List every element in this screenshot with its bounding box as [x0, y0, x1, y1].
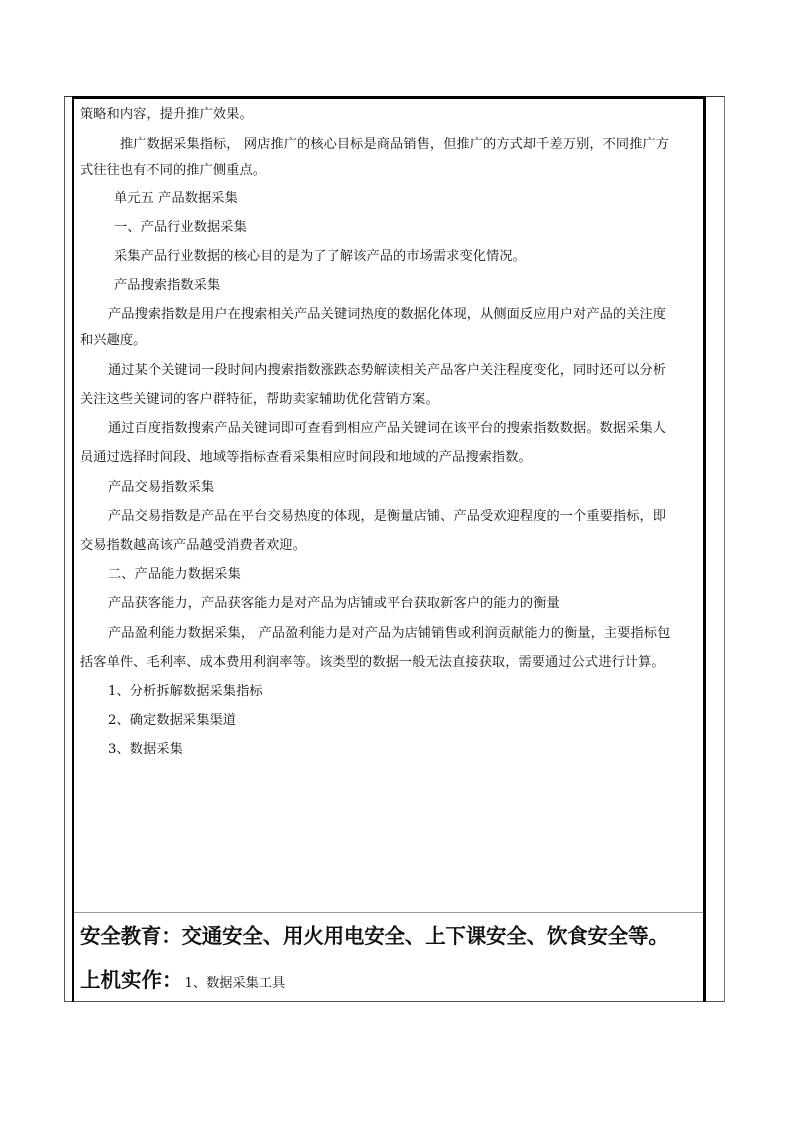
practice-value: 1、数据采集工具 — [185, 976, 286, 991]
paragraph: 交易指数越高该产品越受消费者欢迎。 — [80, 538, 306, 554]
paragraph: 产品搜索指数是用户在搜索相关产品关键词热度的数据化体现，从侧面反应用户对产品的关… — [108, 307, 666, 323]
section-heading: 一、产品行业数据采集 — [114, 220, 247, 236]
paragraph: 策略和内容，提升推广效果。 — [80, 107, 253, 123]
practice-label: 上机实作： — [80, 968, 183, 992]
paragraph: 通过某个关键词一段时间内搜索指数涨跌态势解读相关产品客户关注程度变化，同时还可以… — [108, 363, 666, 379]
paragraph: 产品盈利能力数据采集， 产品盈利能力是对产品为店铺销售或利润贡献能力的衡量，主要… — [108, 626, 670, 642]
unit-heading: 单元五 产品数据采集 — [114, 191, 238, 207]
practice-row: 上机实作：1、数据采集工具 — [80, 967, 285, 997]
list-item: 3、数据采集 — [108, 742, 183, 758]
subsection-heading: 产品交易指数采集 — [108, 480, 214, 496]
row-divider — [74, 912, 703, 913]
paragraph: 关注这些关键词的客户群特征，帮助卖家辅助优化营销方案。 — [80, 392, 439, 408]
safety-education-line: 安全教育：交通安全、用火用电安全、上下课安全、饮食安全等。 — [80, 923, 669, 949]
paragraph: 括客单件、毛利率、成本费用利润率等。该类型的数据一般无法直接获取，需要通过公式进… — [80, 655, 665, 671]
paragraph: 通过百度指数搜索产品关键词即可查看到相应产品关键词在该平台的搜索指数数据。数据采… — [108, 421, 666, 437]
subsection-heading: 产品搜索指数采集 — [114, 278, 220, 294]
paragraph: 产品获客能力，产品获客能力是对产品为店铺或平台获取新客户的能力的衡量 — [108, 596, 560, 612]
paragraph: 产品交易指数是产品在平台交易热度的体现，是衡量店铺、产品受欢迎程度的一个重要指标… — [108, 509, 666, 525]
paragraph: 式往往也有不同的推广侧重点。 — [80, 163, 266, 179]
paragraph: 推广数据采集指标， 网店推广的核心目标是商品销售，但推广的方式却千差万别，不同推… — [120, 137, 669, 153]
list-item: 2、确定数据采集渠道 — [108, 713, 236, 729]
list-item: 1、分析拆解数据采集指标 — [108, 684, 263, 700]
paragraph: 采集产品行业数据的核心目的是为了了解该产品的市场需求变化情况。 — [114, 249, 526, 265]
paragraph: 员通过选择时间段、地域等指标查看采集相应时间段和地域的产品搜索指数。 — [80, 450, 532, 466]
paragraph: 和兴趣度。 — [80, 333, 146, 349]
section-heading: 二、产品能力数据采集 — [108, 567, 241, 583]
